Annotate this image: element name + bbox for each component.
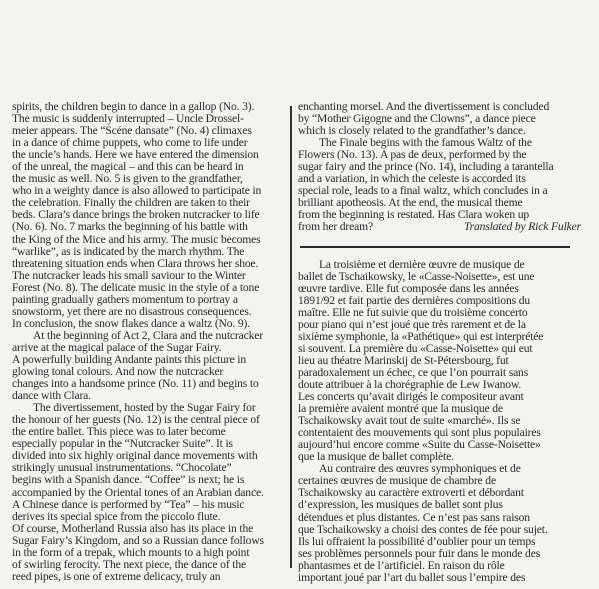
closing-line: from her dream? Translated by Rick Fulke… — [298, 221, 581, 233]
text-line: Of course, Motherland Russia also has it… — [12, 523, 288, 535]
text-line: the King of the Mice and his army. The m… — [12, 234, 288, 246]
text-line: derives its special spice from the picco… — [12, 511, 288, 523]
text-line: Ils lui offraient la possibilité d’oubli… — [298, 536, 581, 548]
text-line: La troisième et dernière œuvre de musiqu… — [298, 259, 581, 271]
english-text-end: enchanting morsel. And the divertissemen… — [298, 101, 581, 221]
text-line: d’expression, les musiques de ballet son… — [298, 499, 581, 511]
paragraph: enchanting morsel. And the divertissemen… — [298, 101, 581, 137]
text-line: (No. 6). No. 7 marks the beginning of hi… — [12, 221, 288, 233]
paragraph: At the beginning of Act 2, Clara and the… — [12, 330, 288, 402]
text-line: Sugar Fairy’s Kingdom, and so a Russian … — [12, 535, 288, 547]
text-line: threatening situation ends when Clara th… — [12, 258, 288, 270]
french-text: La troisième et dernière œuvre de musiqu… — [298, 259, 581, 584]
paragraph: spirits, the children begin to dance in … — [12, 101, 288, 330]
section-separator-rule — [300, 246, 570, 248]
text-line: détendues et plus distantes. Ce n’est pa… — [298, 512, 581, 524]
text-line: que Tschaikowsky a choisi des contes de … — [298, 524, 581, 536]
text-line: reed pipes, is one of extreme delicacy, … — [12, 571, 288, 583]
text-line: ballet de Tschaikowsky, le «Casse-Noiset… — [298, 271, 581, 283]
paragraph: La troisième et dernière œuvre de musiqu… — [298, 259, 581, 464]
column-divider — [290, 106, 292, 568]
text-line: maître. Elle ne fut suivie que du troisi… — [298, 307, 581, 319]
text-line: begins with a Spanish dance. “Coffee” is… — [12, 474, 288, 486]
paragraph: The Finale begins with the famous Waltz … — [298, 137, 581, 221]
translator-credit: Translated by Rick Fulker — [464, 221, 581, 233]
text-line: ses problèmes personnels pour fuir dans … — [298, 548, 581, 560]
closing-question: from her dream? — [298, 221, 373, 233]
text-line: accompanied by the Oriental tones of an … — [12, 487, 288, 499]
text-line: Forest (No. 8). The delicate music in th… — [12, 282, 288, 294]
text-line: œuvre tardive. Elle fut composée dans le… — [298, 283, 581, 295]
text-line: in the form of a trepak, which mounts to… — [12, 547, 288, 559]
left-column-english: spirits, the children begin to dance in … — [12, 101, 288, 583]
right-column: enchanting morsel. And the divertissemen… — [298, 101, 581, 584]
text-line: 1891/92 et fait partie des dernières com… — [298, 295, 581, 307]
text-line: phantasmes et de l’artificiel. En raison… — [298, 560, 581, 572]
text-line: A Chinese dance is performed by “Tea” – … — [12, 499, 288, 511]
text-line: pour piano qui n’est joué que très rarem… — [298, 319, 581, 331]
text-line: important joué par l’art du ballet sous … — [298, 572, 581, 584]
paragraph: Au contraire des œuvres symphoniques et … — [298, 463, 581, 583]
text-line: The nutcracker leads his small saviour t… — [12, 270, 288, 282]
text-line: painting gradually gathers momentum to p… — [12, 294, 288, 306]
paragraph: The divertissement, hosted by the Sugar … — [12, 402, 288, 583]
text-line: “warlike”, as is indicated by the march … — [12, 246, 288, 258]
